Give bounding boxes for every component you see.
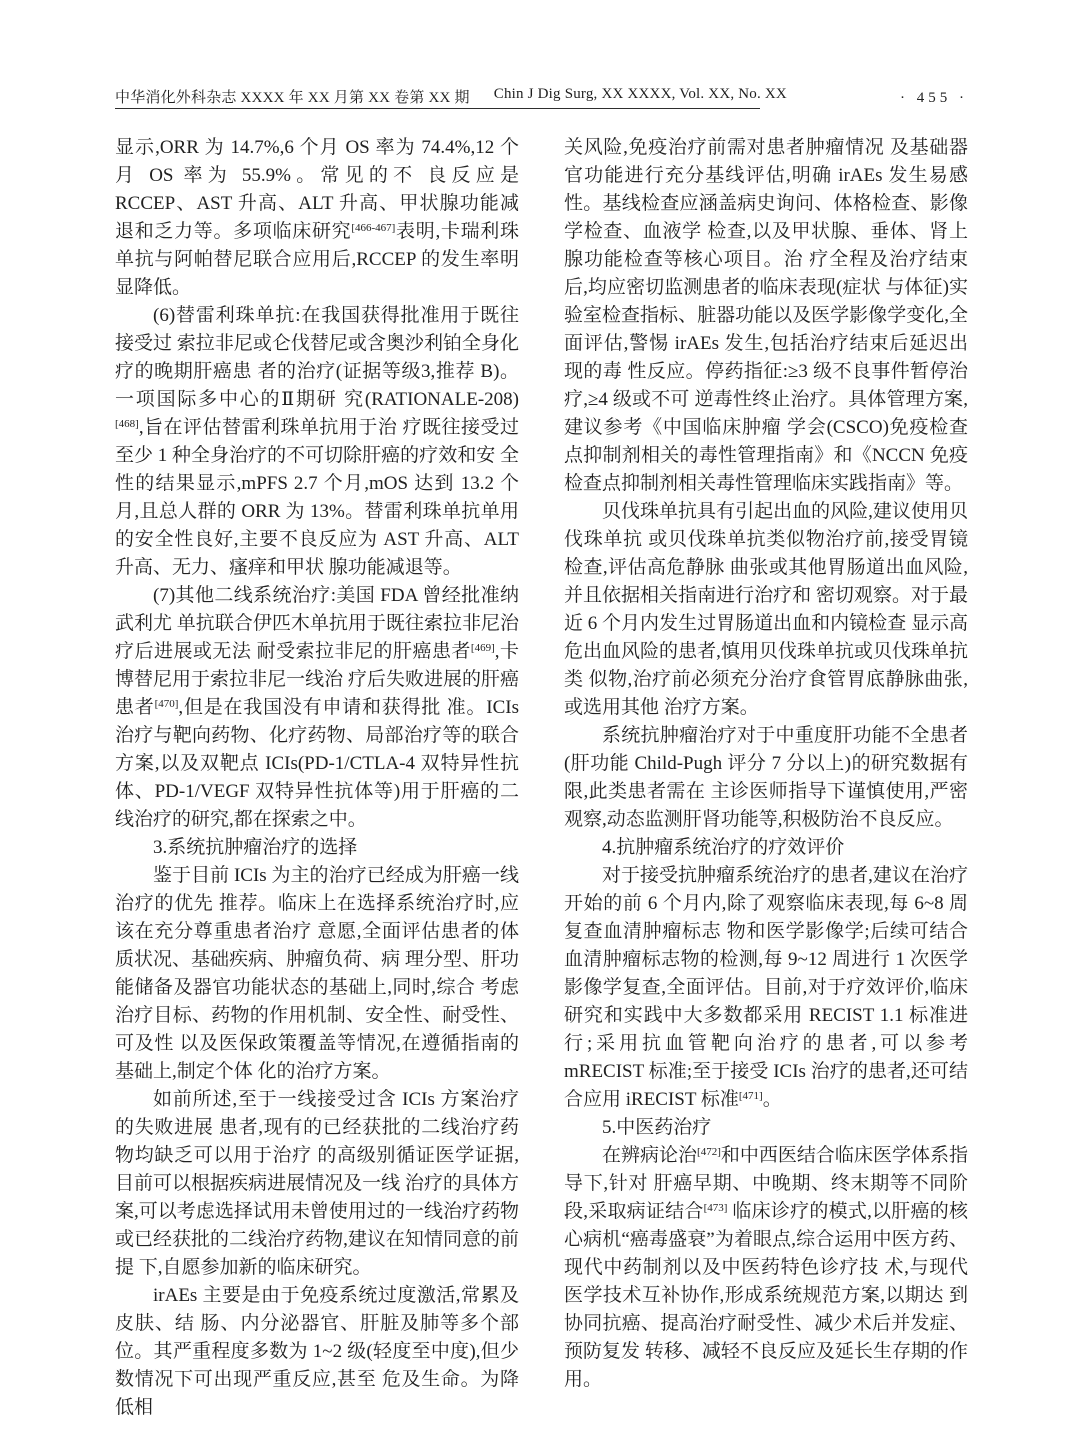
paragraph-tcm-details: 在辨病论治[472]和中西医结合临床医学体系指导下,针对 肝癌早期、中晚期、终末… bbox=[564, 1142, 968, 1394]
journal-citation: 中华消化外科杂志 XXXX 年 XX 月第 XX 卷第 XX 期 Chin J … bbox=[115, 86, 787, 107]
citation-ref: [472] bbox=[697, 1146, 721, 1158]
citation-ref: [473] bbox=[704, 1202, 728, 1214]
heading-tcm-treatment: 5.中医药治疗 bbox=[564, 1114, 968, 1142]
paragraph-irae-baseline: 关风险,免疫治疗前需对患者肿瘤情况 及基础器官功能进行充分基线评估,明确 irA… bbox=[564, 134, 968, 498]
paragraph-post-ici-options: 如前所述,至于一线接受过含 ICIs 方案治疗的失败进展 患者,现有的已经获批的… bbox=[115, 1086, 519, 1282]
paragraph-carryover: 显示,ORR 为 14.7%,6 个月 OS 率为 74.4%,12 个月 OS… bbox=[115, 134, 519, 302]
citation-ref: [468] bbox=[115, 418, 139, 430]
heading-systemic-treatment-selection: 3.系统抗肿瘤治疗的选择 bbox=[115, 834, 519, 862]
citation-ref: [469] bbox=[471, 642, 495, 654]
citation-ref: [466-467] bbox=[351, 222, 395, 234]
header-rule bbox=[115, 108, 760, 109]
paragraph-child-pugh: 系统抗肿瘤治疗对于中重度肝功能不全患者(肝功能 Child-Pugh 评分 7 … bbox=[564, 722, 968, 834]
article-body: 显示,ORR 为 14.7%,6 个月 OS 率为 74.4%,12 个月 OS… bbox=[115, 134, 968, 1422]
paragraph-iraes: irAEs 主要是由于免疫系统过度激活,常累及皮肤、结 肠、内分泌器官、肝脏及肺… bbox=[115, 1282, 519, 1422]
journal-title-cn: 中华消化外科杂志 XXXX 年 XX 月第 XX 卷第 XX 期 bbox=[115, 86, 470, 107]
paragraph-efficacy-criteria: 对于接受抗肿瘤系统治疗的患者,建议在治疗开始的前 6 个月内,除了观察临床表现,… bbox=[564, 862, 968, 1114]
citation-ref: [471] bbox=[739, 1090, 763, 1102]
left-column: 显示,ORR 为 14.7%,6 个月 OS 率为 74.4%,12 个月 OS… bbox=[115, 134, 519, 1422]
paragraph-tislelizumab: (6)替雷利珠单抗:在我国获得批准用于既往接受过 索拉非尼或仑伐替尼或含奥沙利铂… bbox=[115, 302, 519, 582]
heading-efficacy-evaluation: 4.抗肿瘤系统治疗的疗效评价 bbox=[564, 834, 968, 862]
paragraph-bevacizumab-bleeding: 贝伐珠单抗具有引起出血的风险,建议使用贝伐珠单抗 或贝伐珠单抗类似物治疗前,接受… bbox=[564, 498, 968, 722]
citation-ref: [470] bbox=[155, 698, 179, 710]
page-header: 中华消化外科杂志 XXXX 年 XX 月第 XX 卷第 XX 期 Chin J … bbox=[115, 86, 968, 107]
page-number: · 455 · bbox=[900, 90, 968, 107]
paragraph-other-second-line: (7)其他二线系统治疗:美国 FDA 曾经批准纳武利尤 单抗联合伊匹木单抗用于既… bbox=[115, 582, 519, 834]
right-column: 关风险,免疫治疗前需对患者肿瘤情况 及基础器官功能进行充分基线评估,明确 irA… bbox=[564, 134, 968, 1422]
journal-title-en: Chin J Dig Surg, XX XXXX, Vol. XX, No. X… bbox=[494, 86, 787, 107]
journal-page: 中华消化外科杂志 XXXX 年 XX 月第 XX 卷第 XX 期 Chin J … bbox=[0, 0, 1080, 1455]
paragraph-selection-considerations: 鉴于目前 ICIs 为主的治疗已经成为肝癌一线治疗的优先 推荐。临床上在选择系统… bbox=[115, 862, 519, 1086]
